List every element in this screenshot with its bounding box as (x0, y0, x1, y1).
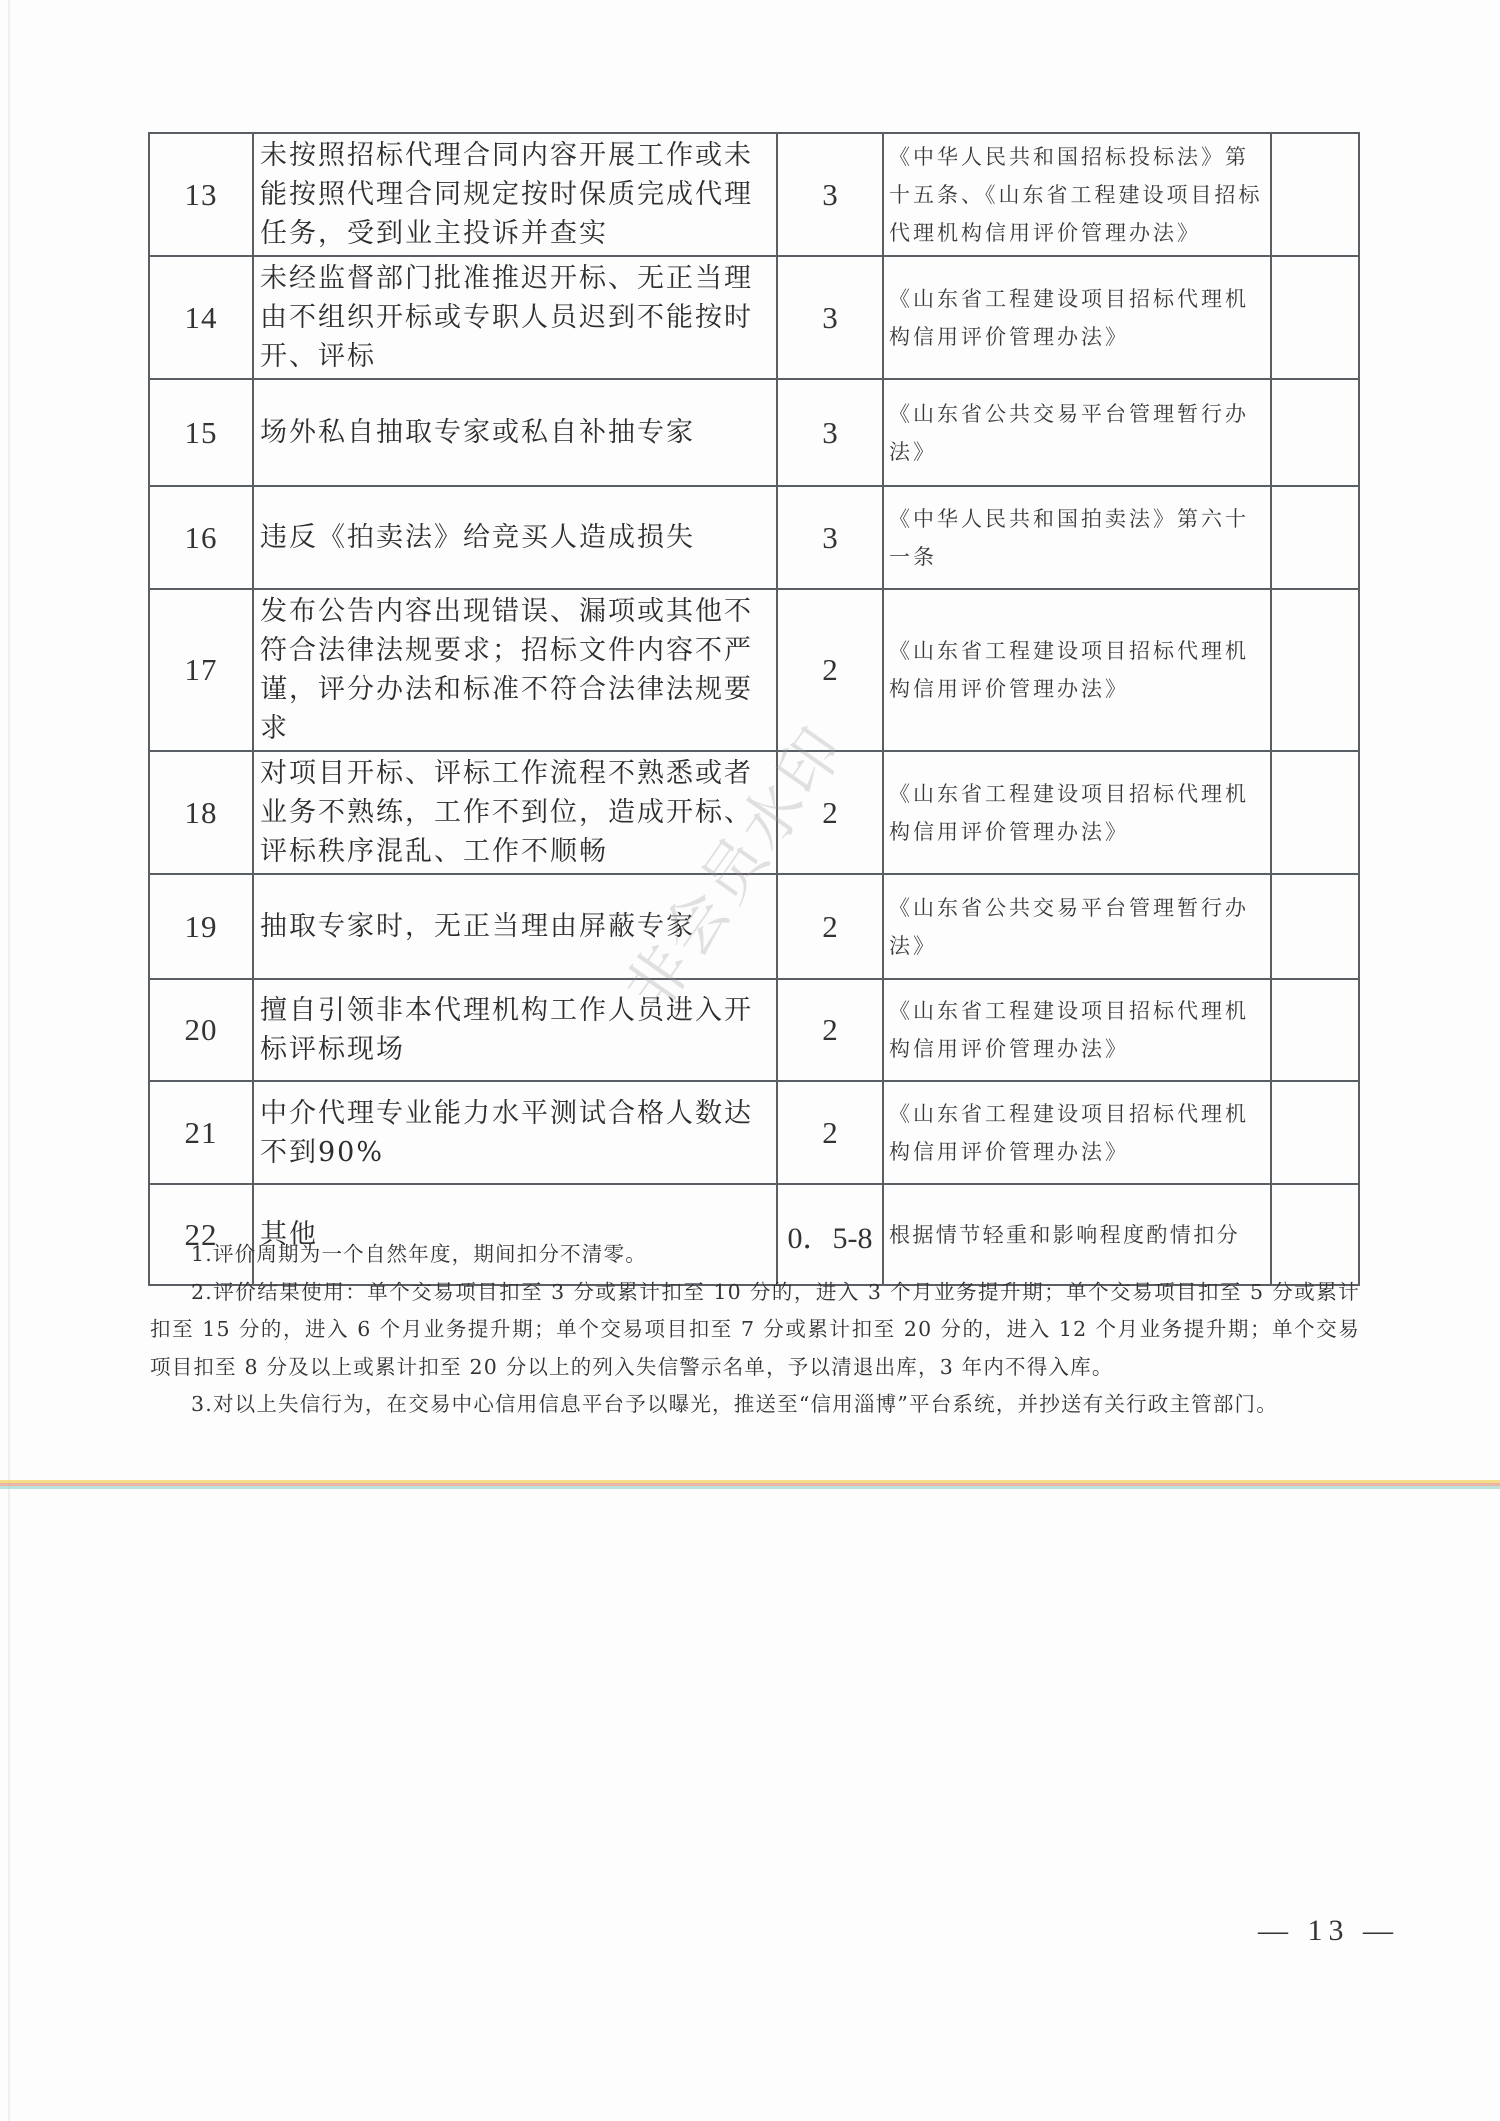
row-number: 18 (149, 751, 253, 874)
legal-basis: 《山东省工程建设项目招标代理机构信用评价管理办法》 (883, 256, 1271, 379)
scan-stripe-artifact (0, 1480, 1500, 1489)
page-number: — 13 — (1258, 1914, 1399, 1948)
table-row: 17 发布公告内容出现错误、漏项或其他不符合法律法规要求；招标文件内容不严谨，评… (149, 589, 1359, 751)
violation-description: 未按照招标代理合同内容开展工作或未能按照代理合同规定按时保质完成代理任务，受到业… (253, 133, 777, 256)
legal-basis: 《山东省工程建设项目招标代理机构信用评价管理办法》 (883, 589, 1271, 751)
row-number: 21 (149, 1081, 253, 1184)
deduction-score: 3 (777, 486, 883, 589)
remark-cell (1271, 751, 1359, 874)
deduction-score: 3 (777, 133, 883, 256)
row-number: 19 (149, 874, 253, 979)
legal-basis: 《山东省工程建设项目招标代理机构信用评价管理办法》 (883, 1081, 1271, 1184)
row-number: 15 (149, 379, 253, 486)
deduction-score: 3 (777, 256, 883, 379)
table-row: 15 场外私自抽取专家或私自补抽专家 3 《山东省公共交易平台管理暂行办法》 (149, 379, 1359, 486)
violation-description: 发布公告内容出现错误、漏项或其他不符合法律法规要求；招标文件内容不严谨，评分办法… (253, 589, 777, 751)
legal-basis: 《山东省工程建设项目招标代理机构信用评价管理办法》 (883, 979, 1271, 1081)
deduction-score: 2 (777, 1081, 883, 1184)
remark-cell (1271, 379, 1359, 486)
violation-description: 抽取专家时，无正当理由屏蔽专家 (253, 874, 777, 979)
deduction-score: 2 (777, 589, 883, 751)
violation-description: 场外私自抽取专家或私自补抽专家 (253, 379, 777, 486)
remark-cell (1271, 979, 1359, 1081)
note-item: 2.评价结果使用：单个交易项目扣至 3 分或累计扣至 10 分的，进入 3 个月… (150, 1274, 1360, 1387)
deduction-score: 2 (777, 979, 883, 1081)
table-row: 13 未按照招标代理合同内容开展工作或未能按照代理合同规定按时保质完成代理任务，… (149, 133, 1359, 256)
document-page: 13 未按照招标代理合同内容开展工作或未能按照代理合同规定按时保质完成代理任务，… (0, 0, 1500, 2121)
violation-description: 擅自引领非本代理机构工作人员进入开标评标现场 (253, 979, 777, 1081)
credit-penalty-table: 13 未按照招标代理合同内容开展工作或未能按照代理合同规定按时保质完成代理任务，… (148, 132, 1360, 1286)
deduction-score: 2 (777, 751, 883, 874)
row-number: 14 (149, 256, 253, 379)
note-item: 3.对以上失信行为，在交易中心信用信息平台予以曝光，推送至“信用淄博”平台系统，… (150, 1386, 1360, 1424)
remark-cell (1271, 256, 1359, 379)
remark-cell (1271, 874, 1359, 979)
legal-basis: 《中华人民共和国招标投标法》第十五条、《山东省工程建设项目招标代理机构信用评价管… (883, 133, 1271, 256)
row-number: 20 (149, 979, 253, 1081)
table-row: 21 中介代理专业能力水平测试合格人数达不到90% 2 《山东省工程建设项目招标… (149, 1081, 1359, 1184)
violation-description: 违反《拍卖法》给竞买人造成损失 (253, 486, 777, 589)
scan-edge-artifact (8, 0, 10, 2121)
violation-description: 未经监督部门批准推迟开标、无正当理由不组织开标或专职人员迟到不能按时开、评标 (253, 256, 777, 379)
remark-cell (1271, 589, 1359, 751)
table-row: 18 对项目开标、评标工作流程不熟悉或者业务不熟练，工作不到位，造成开标、评标秩… (149, 751, 1359, 874)
deduction-score: 2 (777, 874, 883, 979)
row-number: 13 (149, 133, 253, 256)
violation-description: 中介代理专业能力水平测试合格人数达不到90% (253, 1081, 777, 1184)
violation-description: 对项目开标、评标工作流程不熟悉或者业务不熟练，工作不到位，造成开标、评标秩序混乱… (253, 751, 777, 874)
remark-cell (1271, 1081, 1359, 1184)
legal-basis: 《中华人民共和国拍卖法》第六十一条 (883, 486, 1271, 589)
legal-basis: 《山东省工程建设项目招标代理机构信用评价管理办法》 (883, 751, 1271, 874)
table-notes: 1.评价周期为一个自然年度，期间扣分不清零。 2.评价结果使用：单个交易项目扣至… (150, 1236, 1360, 1424)
remark-cell (1271, 486, 1359, 589)
note-item: 1.评价周期为一个自然年度，期间扣分不清零。 (150, 1236, 1360, 1274)
row-number: 16 (149, 486, 253, 589)
deduction-score: 3 (777, 379, 883, 486)
legal-basis: 《山东省公共交易平台管理暂行办法》 (883, 874, 1271, 979)
table-row: 20 擅自引领非本代理机构工作人员进入开标评标现场 2 《山东省工程建设项目招标… (149, 979, 1359, 1081)
row-number: 17 (149, 589, 253, 751)
legal-basis: 《山东省公共交易平台管理暂行办法》 (883, 379, 1271, 486)
table-row: 19 抽取专家时，无正当理由屏蔽专家 2 《山东省公共交易平台管理暂行办法》 (149, 874, 1359, 979)
table-row: 14 未经监督部门批准推迟开标、无正当理由不组织开标或专职人员迟到不能按时开、评… (149, 256, 1359, 379)
table-row: 16 违反《拍卖法》给竞买人造成损失 3 《中华人民共和国拍卖法》第六十一条 (149, 486, 1359, 589)
remark-cell (1271, 133, 1359, 256)
